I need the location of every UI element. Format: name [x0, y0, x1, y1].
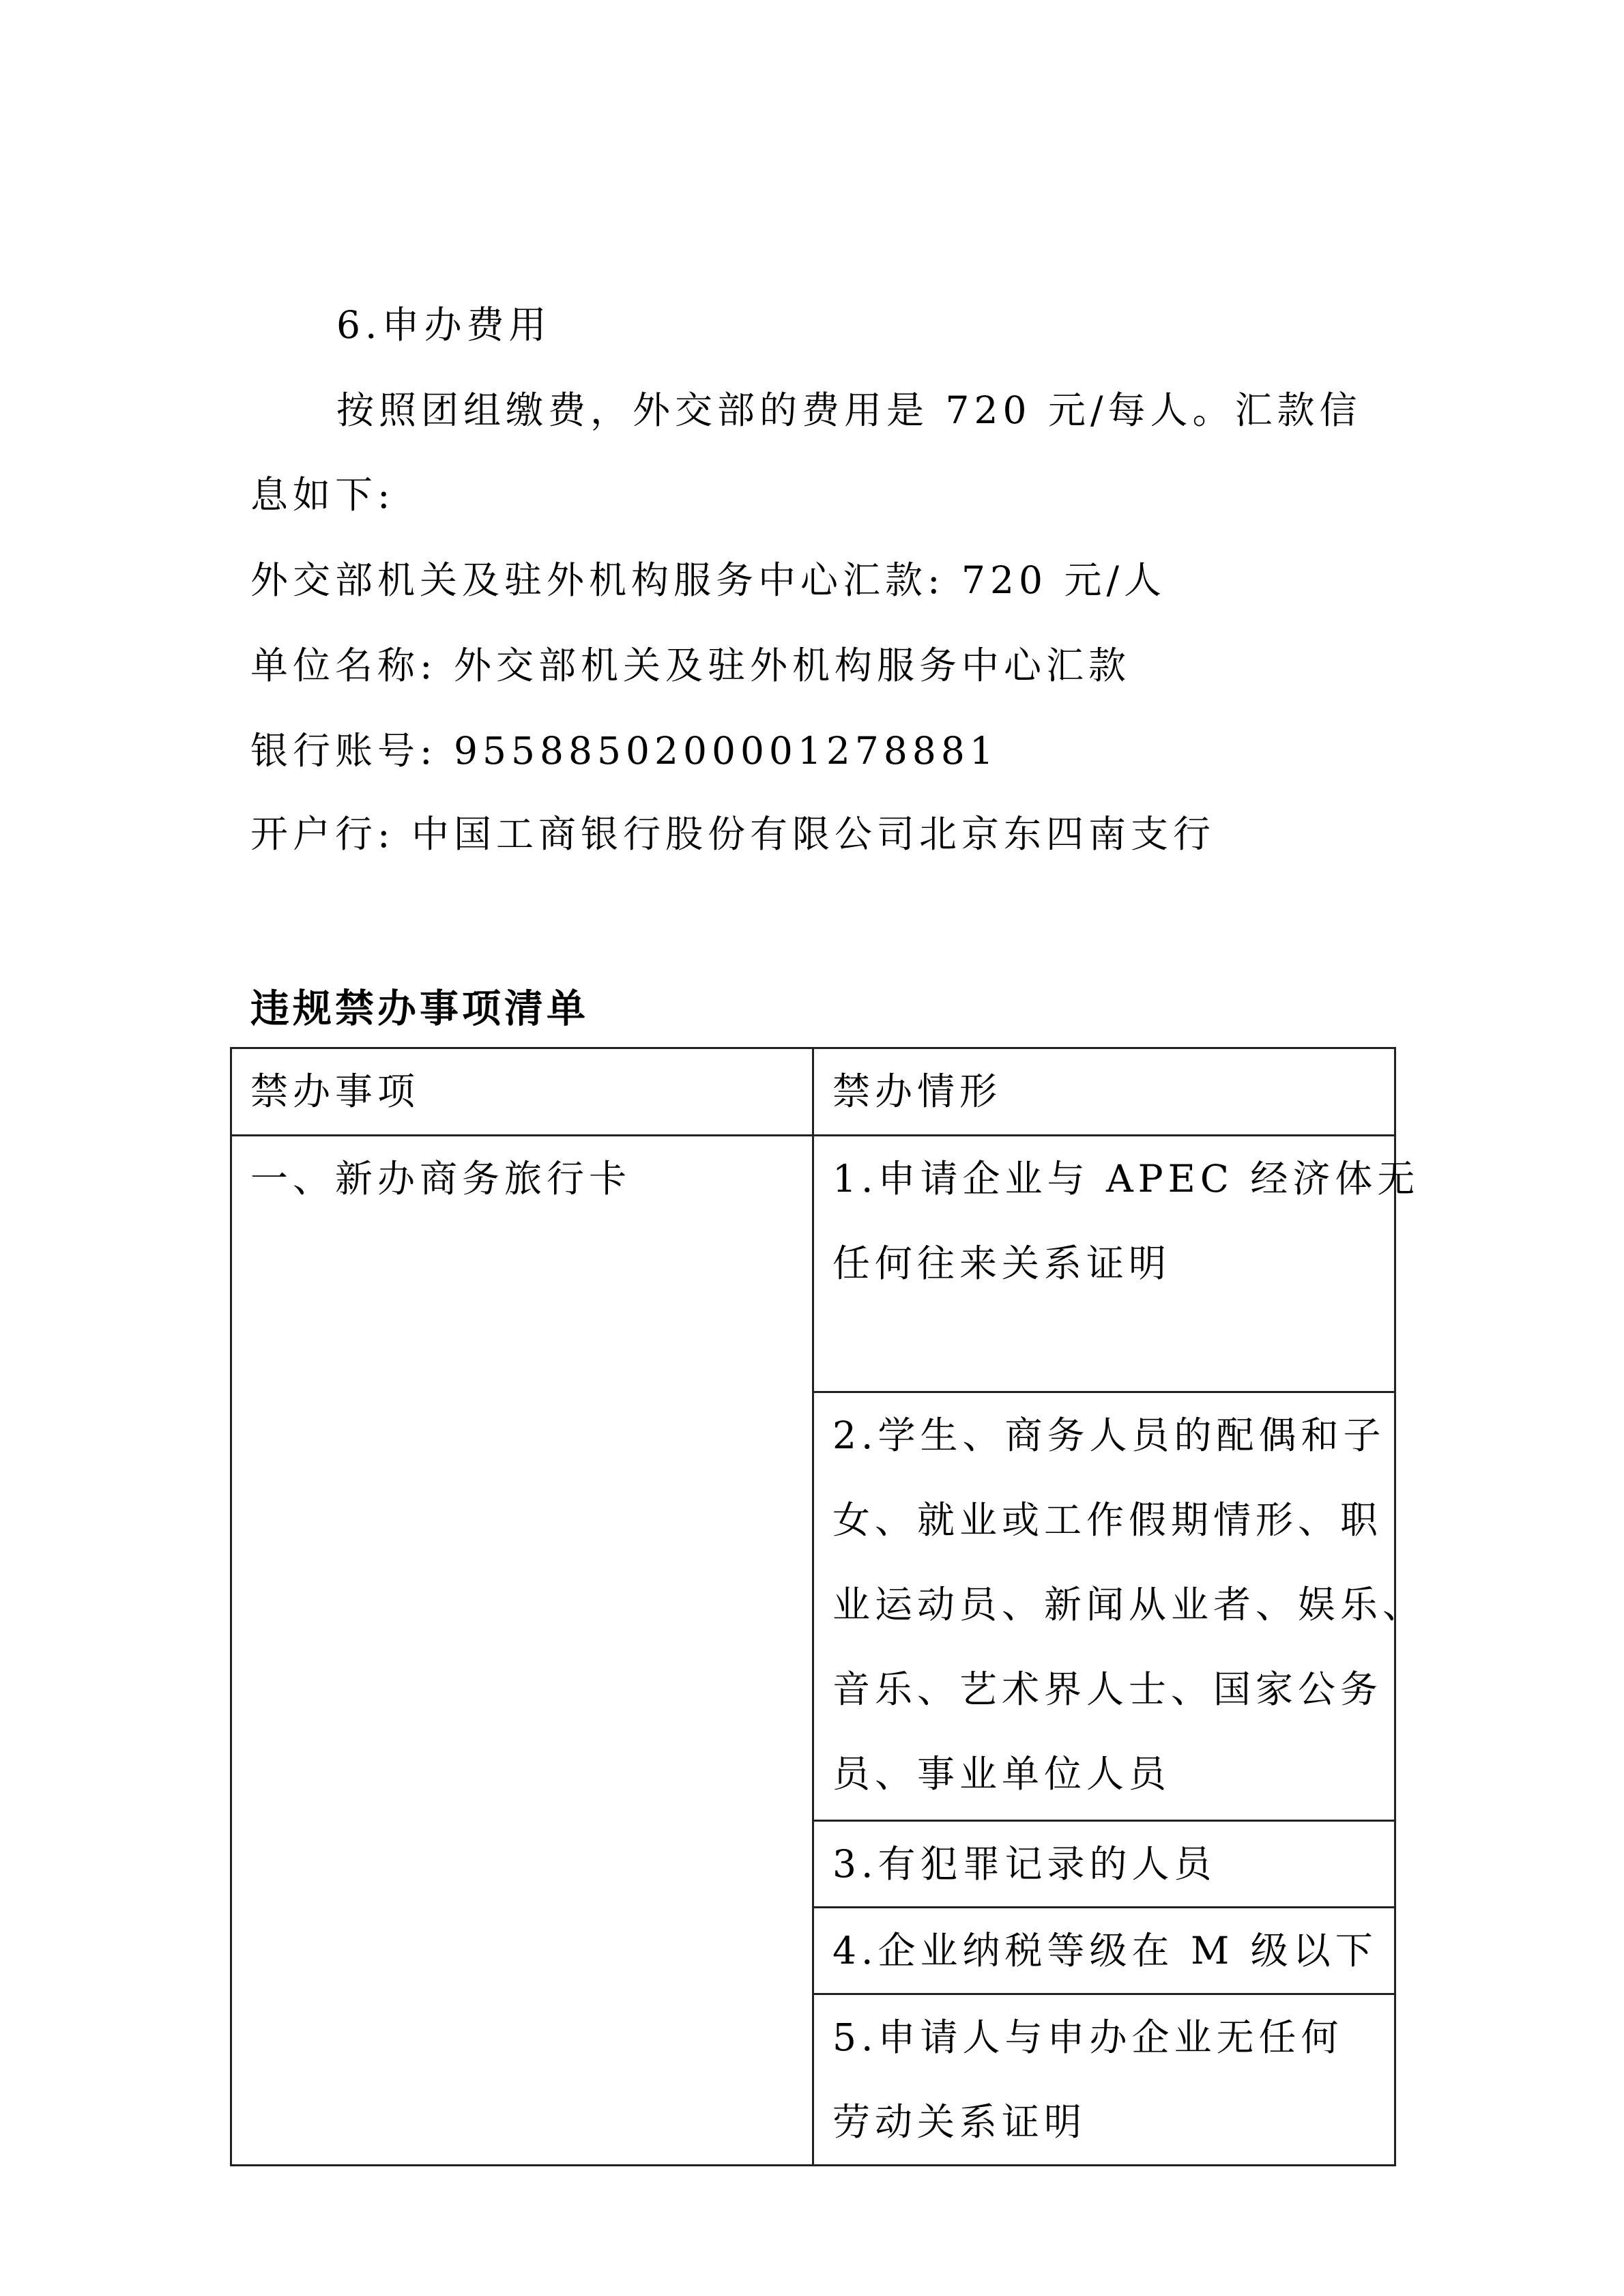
condition-text: 劳动关系证明 [832, 2080, 1384, 2164]
table-header-row: 禁办事项 禁办情形 [231, 1048, 1395, 1136]
condition-text: 员、事业单位人员 [832, 1732, 1384, 1816]
condition-text: 5.申请人与申办企业无任何 [832, 1995, 1384, 2080]
header-item-label: 禁办事项 [250, 1049, 802, 1134]
table-row: 一、新办商务旅行卡 1.申请企业与 APEC 经济体无 任何往来关系证明 [231, 1136, 1395, 1392]
condition-text: 1.申请企业与 APEC 经济体无 [832, 1136, 1384, 1221]
bank-line: 开户行: 中国工商银行股份有限公司北京东四南支行 [250, 792, 1215, 876]
header-condition-label: 禁办情形 [832, 1049, 1384, 1134]
condition-text: 女、就业或工作假期情形、职 [832, 1478, 1384, 1562]
condition-cell-5: 5.申请人与申办企业无任何 劳动关系证明 [813, 1994, 1395, 2166]
condition-cell-1: 1.申请企业与 APEC 经济体无 任何往来关系证明 [813, 1136, 1395, 1392]
condition-text: 音乐、艺术界人士、国家公务 [832, 1647, 1384, 1732]
header-item: 禁办事项 [231, 1048, 813, 1136]
prohibited-items-table: 禁办事项 禁办情形 一、新办商务旅行卡 1.申请企业与 APEC 经济体无 任何… [230, 1047, 1396, 2166]
condition-cell-4: 4.企业纳税等级在 M 级以下 [813, 1908, 1395, 1994]
fee-section-title: 6.申办费用 [336, 283, 551, 367]
header-condition: 禁办情形 [813, 1048, 1395, 1136]
account-number-line: 银行账号: 9558850200001278881 [250, 708, 998, 793]
item-label: 一、新办商务旅行卡 [250, 1136, 802, 1221]
condition-text: 4.企业纳税等级在 M 级以下 [832, 1908, 1384, 1993]
prohibited-list-title: 违规禁办事项清单 [250, 966, 589, 1051]
condition-cell-2: 2.学生、商务人员的配偶和子 女、就业或工作假期情形、职 业运动员、新闻从业者、… [813, 1392, 1395, 1821]
fee-paragraph-line-1: 按照团组缴费，外交部的费用是 720 元/每人。汇款信 [336, 368, 1361, 453]
fee-paragraph-line-2: 息如下: [250, 453, 395, 537]
condition-cell-3: 3.有犯罪记录的人员 [813, 1821, 1395, 1908]
condition-text: 2.学生、商务人员的配偶和子 [832, 1393, 1384, 1478]
condition-text: 任何往来关系证明 [832, 1221, 1384, 1306]
unit-name-line: 单位名称: 外交部机关及驻外机构服务中心汇款 [250, 623, 1131, 708]
item-cell: 一、新办商务旅行卡 [231, 1136, 813, 2166]
remit-line: 外交部机关及驻外机构服务中心汇款: 720 元/人 [250, 538, 1166, 622]
condition-text: 业运动员、新闻从业者、娱乐、 [832, 1562, 1384, 1647]
condition-text: 3.有犯罪记录的人员 [832, 1822, 1384, 1906]
